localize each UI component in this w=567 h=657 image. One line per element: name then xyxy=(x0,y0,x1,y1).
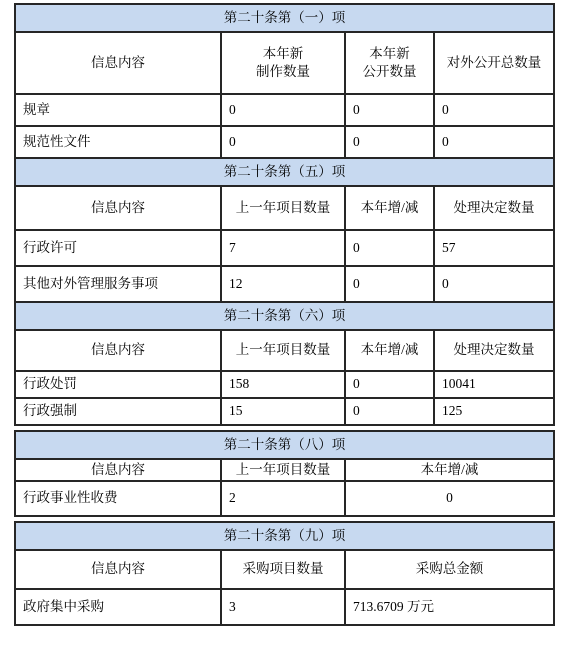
cell-value: 10041 xyxy=(434,371,554,398)
column-header-year-change: 本年增/减 xyxy=(345,186,434,230)
cell-value: 7 xyxy=(221,230,345,266)
column-header-year-change: 本年增/减 xyxy=(345,459,554,481)
column-header-year-change: 本年增/减 xyxy=(345,330,434,371)
cell-value: 0 xyxy=(221,94,345,126)
column-header-new-created: 本年新 制作数量 xyxy=(221,32,345,94)
section-table-article20-item9: 第二十条第（九）项 信息内容 采购项目数量 采购总金额 政府集中采购 3 713… xyxy=(14,521,555,626)
row-label: 行政许可 xyxy=(15,230,221,266)
row-label: 行政强制 xyxy=(15,398,221,425)
column-header-decisions-count: 处理决定数量 xyxy=(434,186,554,230)
column-header-procurement-count: 采购项目数量 xyxy=(221,550,345,589)
cell-value: 57 xyxy=(434,230,554,266)
table-row: 规章 0 0 0 xyxy=(15,94,554,126)
report-page: 第二十条第（一）项 信息内容 本年新 制作数量 本年新 公开数量 对外公开总数量… xyxy=(0,0,567,657)
table-row: 其他对外管理服务事项 12 0 0 xyxy=(15,266,554,302)
cell-value: 0 xyxy=(221,126,345,158)
table-row: 政府集中采购 3 713.6709 万元 xyxy=(15,589,554,625)
column-header-prev-year-count: 上一年项目数量 xyxy=(221,330,345,371)
cell-value: 0 xyxy=(345,398,434,425)
cell-value: 125 xyxy=(434,398,554,425)
section-title: 第二十条第（五）项 xyxy=(15,158,554,186)
table-row: 行政事业性收费 2 0 xyxy=(15,481,554,516)
section-table-article20-item6: 第二十条第（六）项 信息内容 上一年项目数量 本年增/减 处理决定数量 行政处罚… xyxy=(14,301,555,426)
column-header-prev-year-count: 上一年项目数量 xyxy=(221,186,345,230)
cell-value: 3 xyxy=(221,589,345,625)
cell-value: 0 xyxy=(434,126,554,158)
column-header-procurement-total: 采购总金额 xyxy=(345,550,554,589)
cell-value: 0 xyxy=(434,266,554,302)
row-label: 其他对外管理服务事项 xyxy=(15,266,221,302)
cell-value: 0 xyxy=(345,481,554,516)
column-header-info-content: 信息内容 xyxy=(15,32,221,94)
section-title: 第二十条第（一）项 xyxy=(15,4,554,32)
cell-value: 0 xyxy=(434,94,554,126)
row-label: 规范性文件 xyxy=(15,126,221,158)
cell-value: 0 xyxy=(345,371,434,398)
row-label: 政府集中采购 xyxy=(15,589,221,625)
column-header-new-published: 本年新 公开数量 xyxy=(345,32,434,94)
cell-value: 713.6709 万元 xyxy=(345,589,554,625)
cell-value: 15 xyxy=(221,398,345,425)
row-label: 规章 xyxy=(15,94,221,126)
table-row: 行政许可 7 0 57 xyxy=(15,230,554,266)
cell-value: 2 xyxy=(221,481,345,516)
cell-value: 0 xyxy=(345,126,434,158)
table-row: 规范性文件 0 0 0 xyxy=(15,126,554,158)
table-row: 行政处罚 158 0 10041 xyxy=(15,371,554,398)
column-header-info-content: 信息内容 xyxy=(15,186,221,230)
cell-value: 158 xyxy=(221,371,345,398)
section-table-article20-item8: 第二十条第（八）项 信息内容 上一年项目数量 本年增/减 行政事业性收费 2 0 xyxy=(14,430,555,517)
section-title: 第二十条第（八）项 xyxy=(15,431,554,459)
cell-value: 0 xyxy=(345,94,434,126)
section-title: 第二十条第（九）项 xyxy=(15,522,554,550)
cell-value: 12 xyxy=(221,266,345,302)
cell-value: 0 xyxy=(345,230,434,266)
column-header-info-content: 信息内容 xyxy=(15,550,221,589)
section-table-article20-item1: 第二十条第（一）项 信息内容 本年新 制作数量 本年新 公开数量 对外公开总数量… xyxy=(14,3,555,159)
column-header-prev-year-count: 上一年项目数量 xyxy=(221,459,345,481)
cell-value: 0 xyxy=(345,266,434,302)
column-header-total-public: 对外公开总数量 xyxy=(434,32,554,94)
section-table-article20-item5: 第二十条第（五）项 信息内容 上一年项目数量 本年增/减 处理决定数量 行政许可… xyxy=(14,157,555,303)
row-label: 行政事业性收费 xyxy=(15,481,221,516)
table-row: 行政强制 15 0 125 xyxy=(15,398,554,425)
row-label: 行政处罚 xyxy=(15,371,221,398)
column-header-info-content: 信息内容 xyxy=(15,330,221,371)
column-header-decisions-count: 处理决定数量 xyxy=(434,330,554,371)
column-header-info-content: 信息内容 xyxy=(15,459,221,481)
section-title: 第二十条第（六）项 xyxy=(15,302,554,330)
